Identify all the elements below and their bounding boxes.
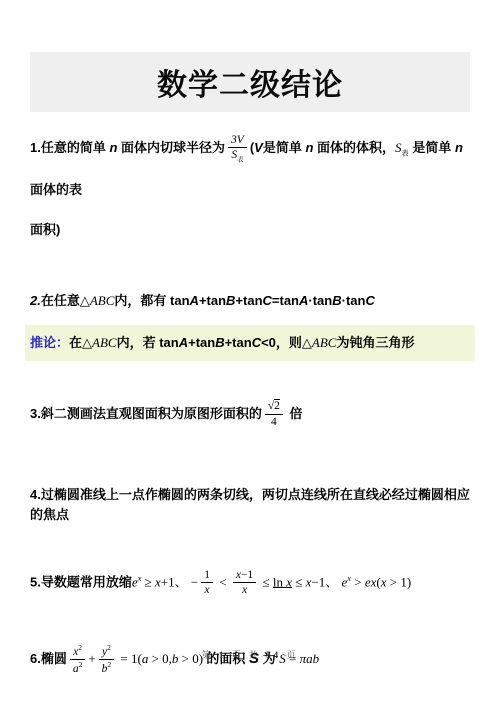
text-segment: 在任意 xyxy=(41,293,80,308)
text-segment: 表 xyxy=(402,150,409,158)
text-segment: 第 xyxy=(202,650,219,660)
fraction: 1x xyxy=(201,568,213,598)
text-segment: < xyxy=(216,574,230,589)
text-segment: n xyxy=(455,140,463,155)
text-segment: 2. xyxy=(30,293,41,308)
text-segment: 页 xyxy=(281,650,298,660)
item-4: 4.过椭圆准线上一点作椭圆的两条切线，两切点连线所在直线必经过椭圆相应的焦点 xyxy=(30,485,470,525)
text-segment: +tan xyxy=(225,335,252,350)
document-page: 数学二级结论 1.任意的简单 n 面体内切球半径为3VS表(V是简单 n 面体的… xyxy=(0,0,500,707)
fraction: 3VS表 xyxy=(228,133,247,165)
page-title: 数学二级结论 xyxy=(157,60,343,104)
text-segment: −1、 xyxy=(311,574,341,589)
text-segment: 为钝角三角形 xyxy=(336,335,414,350)
text-segment: +tan xyxy=(188,335,215,350)
text-segment: 2 xyxy=(107,660,111,669)
text-segment: 2 xyxy=(79,660,83,669)
text-segment: 是简单 xyxy=(409,140,455,155)
text-segment: 4.过椭圆准线上一点作椭圆的两条切线，两切点连线所在直线必经过椭圆相应的焦点 xyxy=(30,487,470,522)
text-segment: x xyxy=(242,584,247,596)
text-segment: > 1) xyxy=(387,574,412,589)
text-segment: B xyxy=(226,293,235,308)
title-band: 数学二级结论 xyxy=(30,52,470,112)
text-segment: 面体内切球半径为 xyxy=(117,140,225,155)
text-segment: 是简单 xyxy=(263,140,306,155)
text-segment: 推论： xyxy=(30,335,69,350)
text-segment: 3V xyxy=(231,134,244,146)
text-segment: △ xyxy=(82,335,92,350)
item-1-line-1: 1.任意的简单 n 面体内切球半径为3VS表(V是简单 n 面体的体积，S表 是… xyxy=(30,130,470,208)
text-segment: +tan xyxy=(199,293,226,308)
text-segment: C xyxy=(252,335,261,350)
text-segment: 面体的表 xyxy=(30,182,82,197)
item-2: 2.在任意△ABC内，都有 tanA+tanB+tanC=tanA·tanB·t… xyxy=(30,291,470,311)
text-segment: 倍 xyxy=(286,406,303,421)
text-segment: 3.斜二测画法直观图面积为原图形面积的 xyxy=(30,406,262,421)
text-segment: A xyxy=(190,293,199,308)
text-segment: 内，都有 xyxy=(114,293,170,308)
fraction: √24 xyxy=(265,399,283,429)
text-segment: ·tan xyxy=(342,293,366,308)
text-segment: 面体的体积， xyxy=(313,140,395,155)
text-segment: 4 xyxy=(271,416,277,428)
text-segment: ≤ xyxy=(292,574,306,589)
text-segment: A xyxy=(179,335,188,350)
fraction: x−1x xyxy=(233,568,256,598)
text-segment: C xyxy=(365,293,374,308)
text-segment: =tan xyxy=(272,293,299,308)
text-segment: > xyxy=(351,574,365,589)
text-segment: B xyxy=(332,293,341,308)
text-segment: 5.导数题常用放缩 xyxy=(30,574,132,589)
text-segment: B xyxy=(215,335,224,350)
corollary-highlight: 推论：在△ABC内，若 tanA+tanB+tanC<0，则△ABC为钝角三角形 xyxy=(25,325,475,361)
text-segment: 54 xyxy=(266,650,281,660)
text-segment: x xyxy=(205,584,210,596)
text-segment: △ xyxy=(302,335,312,350)
text-segment: − xyxy=(191,574,198,589)
document-content: 1.任意的简单 n 面体内切球半径为3VS表(V是简单 n 面体的体积，S表 是… xyxy=(0,130,500,679)
text-segment: ABC xyxy=(90,293,115,308)
text-segment: 1 xyxy=(204,569,210,581)
item-1-line-2: 面积) xyxy=(30,220,470,240)
text-segment: 1.任意的简单 xyxy=(30,140,109,155)
text-segment: 面积) xyxy=(30,222,60,237)
page-footer: 第 1 页 共 54 页 xyxy=(0,648,500,661)
text-segment: V xyxy=(254,140,263,155)
text-segment: ln xyxy=(273,574,286,589)
text-segment: −1 xyxy=(241,569,253,581)
item-5: 5.导数题常用放缩ex ≥ x+1、 −1x < x−1x ≤ ln x ≤ x… xyxy=(30,559,470,601)
text-segment: ≤ xyxy=(259,574,273,589)
text-segment: 页 共 xyxy=(226,650,266,660)
text-segment: ·tan xyxy=(308,293,332,308)
text-segment: ABC xyxy=(92,335,117,350)
text-segment: +1、 xyxy=(161,574,191,589)
text-segment: tan xyxy=(170,293,190,308)
text-segment: 内，若 xyxy=(117,335,160,350)
text-segment: A xyxy=(299,293,308,308)
text-segment: C xyxy=(263,293,272,308)
text-segment: tan xyxy=(159,335,179,350)
text-segment: <0，则 xyxy=(261,335,302,350)
item-3: 3.斜二测画法直观图面积为原图形面积的√24 倍 xyxy=(30,395,470,433)
text-segment: ex xyxy=(365,574,377,589)
text-segment: 在 xyxy=(69,335,82,350)
text-segment: △ xyxy=(80,293,90,308)
text-segment: +tan xyxy=(235,293,262,308)
text-segment: 2 xyxy=(274,400,280,412)
text-segment: ≥ xyxy=(141,574,155,589)
text-segment: ABC xyxy=(312,335,337,350)
text-segment: 表 xyxy=(237,156,243,163)
